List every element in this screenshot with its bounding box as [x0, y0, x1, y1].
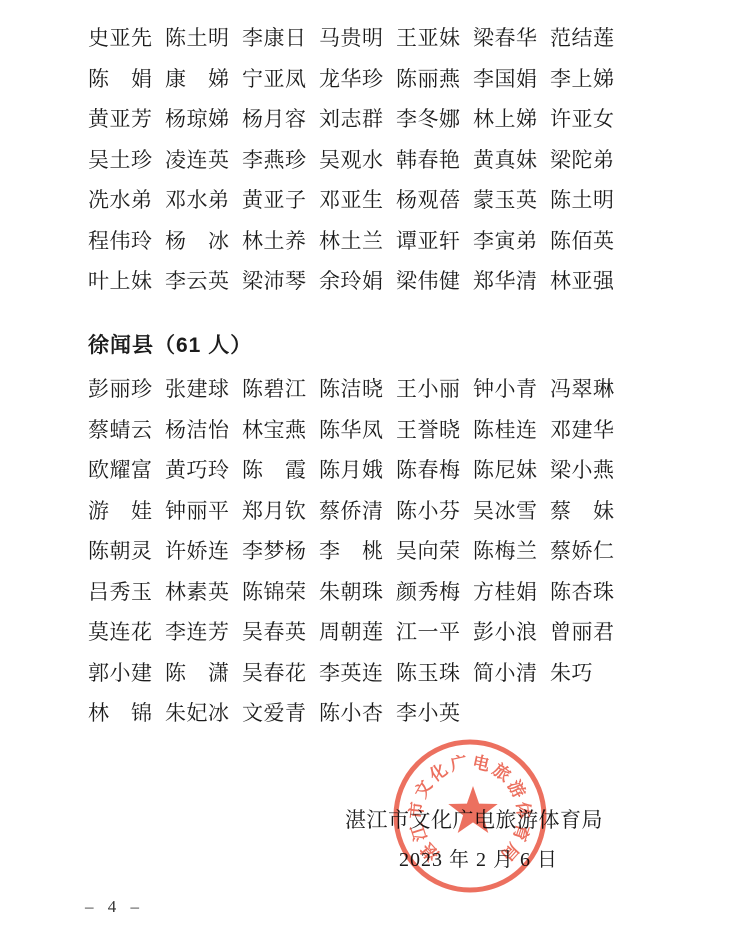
name-row: 欧耀富黄巧玲陈 霞陈月娥陈春梅陈尼妹梁小燕 — [88, 449, 617, 490]
person-name: 陈玉珠 — [396, 657, 463, 687]
person-name: 陈小芬 — [396, 495, 463, 525]
person-name: 梁陀弟 — [550, 144, 617, 174]
person-name: 彭丽珍 — [88, 373, 155, 403]
name-row: 林 锦朱妃冰文爱青陈小杏李小英 — [88, 692, 617, 733]
person-name: 许娇连 — [165, 535, 232, 565]
seal-char: 湛 — [417, 839, 443, 865]
person-name: 林宝燕 — [242, 414, 309, 444]
name-row: 陈朝灵许娇连李梦杨李 桃吴向荣陈梅兰蔡娇仁 — [88, 530, 617, 571]
person-name: 李 桃 — [319, 535, 386, 565]
person-name: 刘志群 — [319, 103, 386, 133]
person-name: 陈春梅 — [396, 454, 463, 484]
person-name: 吴春英 — [242, 616, 309, 646]
person-name: 钟丽平 — [165, 495, 232, 525]
person-name: 凌连英 — [165, 144, 232, 174]
person-name: 韩春艳 — [396, 144, 463, 174]
person-name: 颜秀梅 — [396, 576, 463, 606]
person-name: 林亚强 — [550, 265, 617, 295]
seal-char: 广 — [448, 752, 469, 775]
person-name: 黄真妹 — [473, 144, 540, 174]
person-name: 邓水弟 — [165, 184, 232, 214]
person-name: 范结莲 — [550, 22, 617, 52]
name-row: 史亚先陈土明李康日马贵明王亚妹梁春华范结莲 — [88, 17, 617, 58]
person-name: 陈梅兰 — [473, 535, 540, 565]
person-name: 张建球 — [165, 373, 232, 403]
person-name: 李康日 — [242, 22, 309, 52]
person-name: 彭小浪 — [473, 616, 540, 646]
person-name: 杨洁怡 — [165, 414, 232, 444]
person-name: 陈 娟 — [88, 63, 155, 93]
person-name: 李英连 — [319, 657, 386, 687]
person-name: 陈华凤 — [319, 414, 386, 444]
person-name: 陈佰英 — [550, 225, 617, 255]
person-name: 黄巧玲 — [165, 454, 232, 484]
person-name: 陈朝灵 — [88, 535, 155, 565]
person-name: 梁春华 — [473, 22, 540, 52]
person-name: 程伟玲 — [88, 225, 155, 255]
person-name: 黄亚芳 — [88, 103, 155, 133]
name-row: 叶上妹李云英梁沛琴余玲娟梁伟健郑华清林亚强 — [88, 260, 617, 301]
person-name: 林土兰 — [319, 225, 386, 255]
person-name: 康 娣 — [165, 63, 232, 93]
person-name: 李梦杨 — [242, 535, 309, 565]
seal-char: 电 — [471, 752, 492, 775]
name-row: 陈 娟康 娣宁亚凤龙华珍陈丽燕李国娟李上娣 — [88, 58, 617, 99]
person-name: 陈尼妹 — [473, 454, 540, 484]
name-row: 莫连花李连芳吴春英周朝莲江一平彭小浪曾丽君 — [88, 611, 617, 652]
person-name: 王誉晓 — [396, 414, 463, 444]
person-name: 李小英 — [396, 697, 463, 727]
person-name: 宁亚凤 — [242, 63, 309, 93]
person-name: 朱朝珠 — [319, 576, 386, 606]
seal-char: 局 — [497, 839, 522, 864]
person-name: 李燕珍 — [242, 144, 309, 174]
person-name: 蔡 妹 — [550, 495, 617, 525]
name-row: 游 娃钟丽平郑月钦蔡侨清陈小芬吴冰雪蔡 妹 — [88, 490, 617, 531]
person-name: 邓亚生 — [319, 184, 386, 214]
person-name: 吴观水 — [319, 144, 386, 174]
person-name: 李上娣 — [550, 63, 617, 93]
person-name: 杨观蓓 — [396, 184, 463, 214]
person-name: 冯翠琳 — [550, 373, 617, 403]
person-name: 吴土珍 — [88, 144, 155, 174]
seal-char: 市 — [405, 801, 427, 820]
person-name: 龙华珍 — [319, 63, 386, 93]
person-name: 游 娃 — [88, 495, 155, 525]
person-name: 冼水弟 — [88, 184, 155, 214]
person-name: 郑月钦 — [242, 495, 309, 525]
person-name: 周朝莲 — [319, 616, 386, 646]
person-name: 简小清 — [473, 657, 540, 687]
seal-char: 旅 — [489, 759, 515, 785]
person-name: 陈洁晓 — [319, 373, 386, 403]
person-name: 陈小杏 — [319, 697, 386, 727]
person-name: 陈 潇 — [165, 657, 232, 687]
person-name: 蒙玉英 — [473, 184, 540, 214]
person-name: 吴冰雪 — [473, 495, 540, 525]
person-name: 林素英 — [165, 576, 232, 606]
page-number: – 4 – — [85, 897, 144, 917]
person-name: 杨月容 — [242, 103, 309, 133]
person-name: 吴春花 — [242, 657, 309, 687]
person-name: 史亚先 — [88, 22, 155, 52]
person-name: 李冬娜 — [396, 103, 463, 133]
person-name: 王小丽 — [396, 373, 463, 403]
section-header-xuwen-county: 徐闻县（61 人） — [88, 326, 252, 366]
name-row: 彭丽珍张建球陈碧江陈洁晓王小丽钟小青冯翠琳 — [88, 368, 617, 409]
person-name: 梁沛琴 — [242, 265, 309, 295]
star-icon — [448, 786, 497, 833]
person-name: 杨琼娣 — [165, 103, 232, 133]
person-name: 黄亚子 — [242, 184, 309, 214]
person-name: 吕秀玉 — [88, 576, 155, 606]
person-name: 梁小燕 — [550, 454, 617, 484]
person-name: 莫连花 — [88, 616, 155, 646]
person-name: 林 锦 — [88, 697, 155, 727]
person-name: 陈月娥 — [319, 454, 386, 484]
person-name: 蔡侨清 — [319, 495, 386, 525]
name-row: 吴土珍凌连英李燕珍吴观水韩春艳黄真妹梁陀弟 — [88, 139, 617, 180]
name-row: 蔡蜻云杨洁怡林宝燕陈华凤王誉晓陈桂连邓建华 — [88, 409, 617, 450]
official-seal-stamp: 湛江市文化广电旅游体育局 — [390, 736, 550, 896]
person-name: 方桂娟 — [473, 576, 540, 606]
person-name: 谭亚轩 — [396, 225, 463, 255]
person-name: 欧耀富 — [88, 454, 155, 484]
seal-graphic: 湛江市文化广电旅游体育局 — [390, 736, 550, 896]
person-name: 文爱青 — [242, 697, 309, 727]
document-page: 史亚先陈土明李康日马贵明王亚妹梁春华范结莲陈 娟康 娣宁亚凤龙华珍陈丽燕李国娟李… — [0, 0, 743, 940]
person-name: 朱巧 — [550, 657, 617, 687]
person-name: 陈锦荣 — [242, 576, 309, 606]
person-name: 李云英 — [165, 265, 232, 295]
person-name: 陈桂连 — [473, 414, 540, 444]
person-name: 钟小青 — [473, 373, 540, 403]
seal-char: 江 — [407, 821, 431, 844]
person-name: 李国娟 — [473, 63, 540, 93]
name-list-xuwen-county: 彭丽珍张建球陈碧江陈洁晓王小丽钟小青冯翠琳蔡蜻云杨洁怡林宝燕陈华凤王誉晓陈桂连邓… — [88, 368, 617, 733]
person-name: 陈土明 — [165, 22, 232, 52]
person-name: 林上娣 — [473, 103, 540, 133]
person-name: 吴向荣 — [396, 535, 463, 565]
person-name: 叶上妹 — [88, 265, 155, 295]
person-name: 陈碧江 — [242, 373, 309, 403]
person-name: 王亚妹 — [396, 22, 463, 52]
person-name: 郭小建 — [88, 657, 155, 687]
name-row: 黄亚芳杨琼娣杨月容刘志群李冬娜林上娣许亚女 — [88, 98, 617, 139]
person-name: 马贵明 — [319, 22, 386, 52]
name-row: 程伟玲杨 冰林土养林土兰谭亚轩李寅弟陈佰英 — [88, 220, 617, 261]
seal-char: 化 — [425, 759, 451, 786]
person-name: 蔡蜻云 — [88, 414, 155, 444]
person-name: 梁伟健 — [396, 265, 463, 295]
person-name: 李寅弟 — [473, 225, 540, 255]
seal-char: 体 — [513, 801, 535, 820]
person-name: 杨 冰 — [165, 225, 232, 255]
person-name: 江一平 — [396, 616, 463, 646]
person-name: 邓建华 — [550, 414, 617, 444]
person-name: 陈土明 — [550, 184, 617, 214]
person-name: 陈杏珠 — [550, 576, 617, 606]
person-name: 许亚女 — [550, 103, 617, 133]
person-name: 余玲娟 — [319, 265, 386, 295]
person-name: 陈 霞 — [242, 454, 309, 484]
name-row: 冼水弟邓水弟黄亚子邓亚生杨观蓓蒙玉英陈土明 — [88, 179, 617, 220]
seal-char: 育 — [509, 822, 533, 844]
seal-char: 文 — [410, 777, 436, 802]
person-name: 林土养 — [242, 225, 309, 255]
person-name: 李连芳 — [165, 616, 232, 646]
seal-char: 游 — [504, 777, 530, 802]
name-row: 吕秀玉林素英陈锦荣朱朝珠颜秀梅方桂娟陈杏珠 — [88, 571, 617, 612]
person-name: 陈丽燕 — [396, 63, 463, 93]
person-name: 蔡娇仁 — [550, 535, 617, 565]
name-row: 郭小建陈 潇吴春花李英连陈玉珠简小清朱巧 — [88, 652, 617, 693]
person-name: 曾丽君 — [550, 616, 617, 646]
name-list-continued: 史亚先陈土明李康日马贵明王亚妹梁春华范结莲陈 娟康 娣宁亚凤龙华珍陈丽燕李国娟李… — [88, 17, 617, 301]
person-name: 朱妃冰 — [165, 697, 232, 727]
person-name: 郑华清 — [473, 265, 540, 295]
